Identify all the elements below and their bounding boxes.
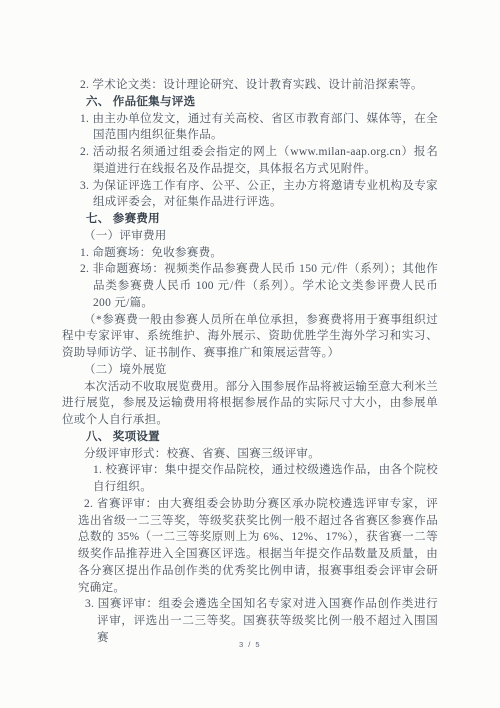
list-item: 2. 省赛评审：由大赛组委会协助分赛区承办院校遴选评审专家，评选出省级一二三等奖… (78, 496, 438, 597)
document-body: 2. 学术论文类：设计理论研究、设计教育实践、设计前沿探索等。六、 作品征集与评… (0, 0, 500, 647)
list-item: 2. 学术论文类：设计理论研究、设计教育实践、设计前沿探索等。 (93, 77, 438, 94)
sub-heading: 分级评审形式：校赛、省赛、国赛三级评审。 (84, 446, 438, 463)
page-number: 3 / 5 (0, 640, 500, 649)
section-heading-8: 八、 奖项设置 (86, 429, 438, 446)
list-item: 1. 由主办单位发文，通过有关高校、省区市教育部门、媒体等，在全国范围内组织征集… (93, 111, 438, 145)
list-item: 3. 为保证评选工作有序、公平、公正，主办方将邀请专业机构及专家组成评委会，对征… (93, 178, 438, 212)
list-item: 2. 活动报名须通过组委会指定的网上（www.milan-aap.org.cn）… (93, 144, 438, 178)
sub-heading: （二）境外展览 (84, 362, 438, 379)
paragraph: 本次活动不收取展览费用。部分入围参展作品将被运输至意大利米兰进行展览，参展及运输… (62, 379, 438, 429)
list-item: 1. 命题赛场：免收参赛费。 (93, 245, 438, 262)
paragraph: （*参赛费一般由参赛人员所在单位承担，参赛费将用于赛事组织过程中专家评审、系统维… (62, 312, 438, 362)
section-heading-7: 七、 参赛费用 (86, 211, 438, 228)
list-item: 1. 校赛评审：集中提交作品院校，通过校级遴选作品，由各个院校自行组织。 (93, 462, 438, 496)
sub-heading: （一）评审费用 (84, 228, 438, 245)
list-item: 3. 国赛评审：组委会遴选全国知名专家对进入国赛作品创作类进行评审，评选出一二三… (97, 596, 438, 646)
list-item: 2. 非命题赛场：视频类作品参赛费人民币 150 元/件（系列）；其他作品类参赛… (93, 261, 438, 311)
scanned-document-page: 2. 学术论文类：设计理论研究、设计教育实践、设计前沿探索等。六、 作品征集与评… (0, 0, 500, 708)
section-heading-6: 六、 作品征集与评选 (86, 94, 438, 111)
